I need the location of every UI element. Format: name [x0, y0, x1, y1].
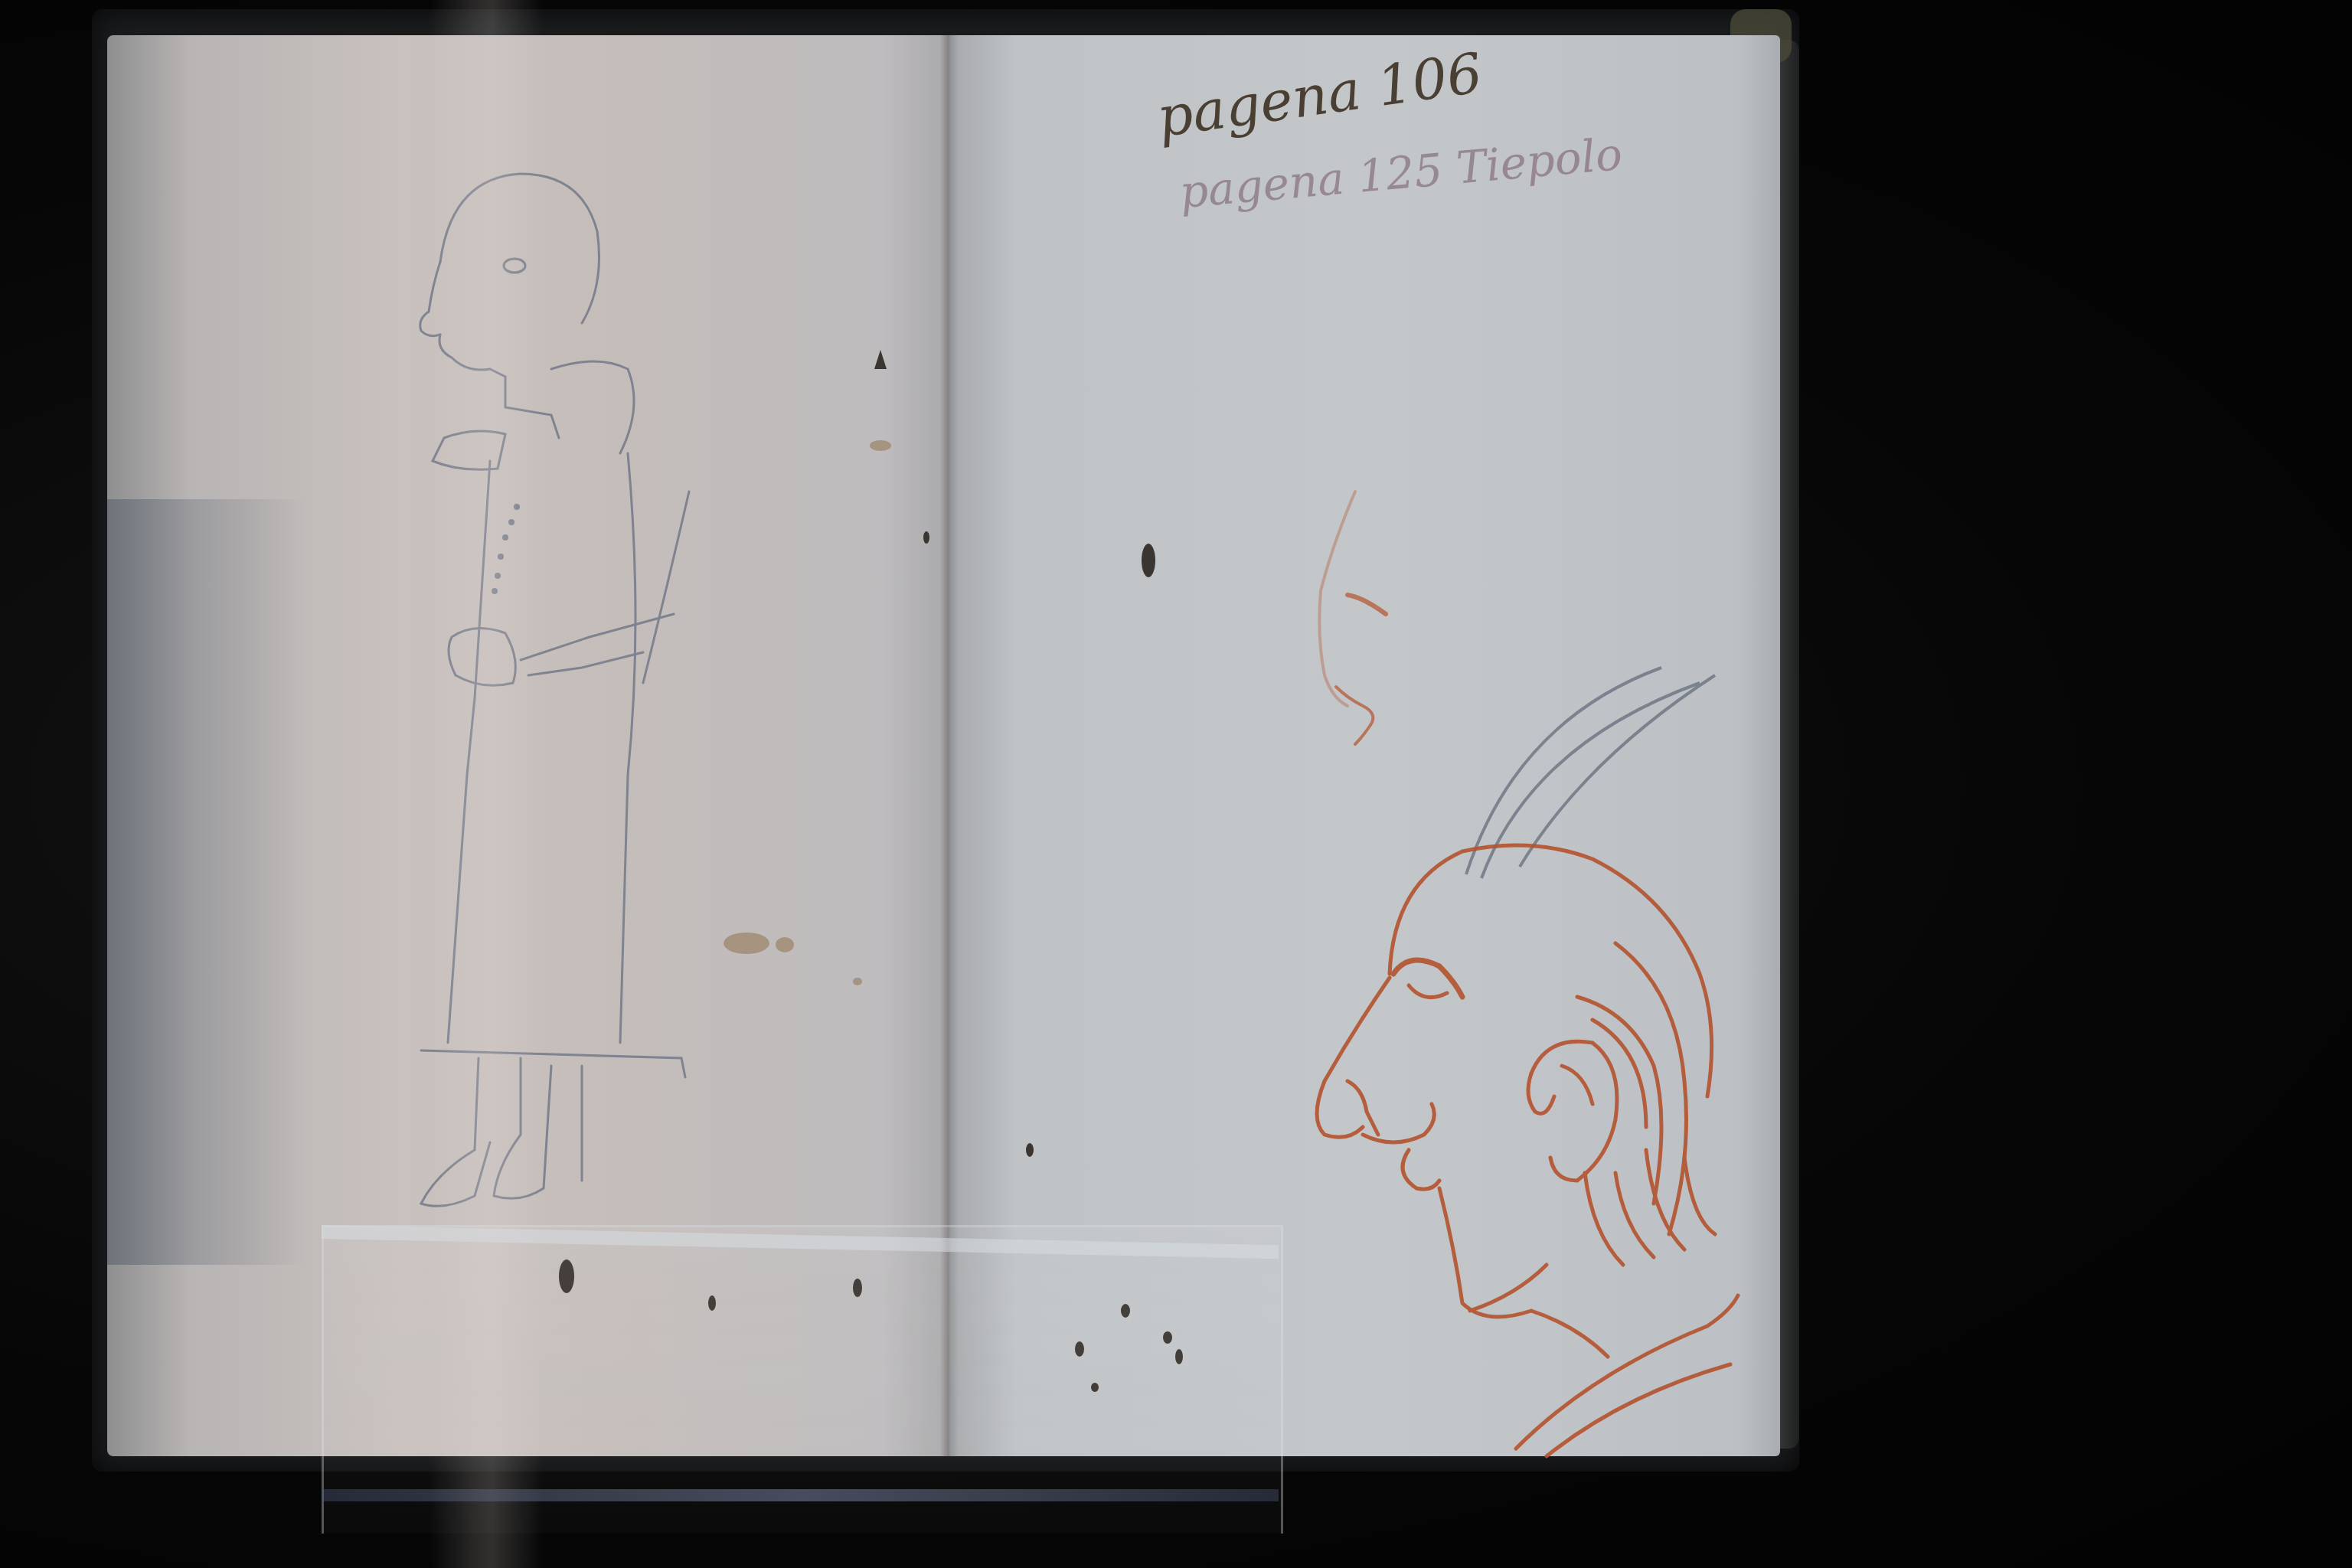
display-scene: pagena 106 pagena 125 Tiepolo — [0, 0, 2352, 1568]
faint-face-sketch — [1319, 492, 1386, 744]
acrylic-stand-base — [322, 1489, 1279, 1501]
acrylic-stand — [322, 1225, 1283, 1534]
paper-stains — [724, 440, 891, 985]
old-man-profile-sketch — [1317, 845, 1738, 1456]
